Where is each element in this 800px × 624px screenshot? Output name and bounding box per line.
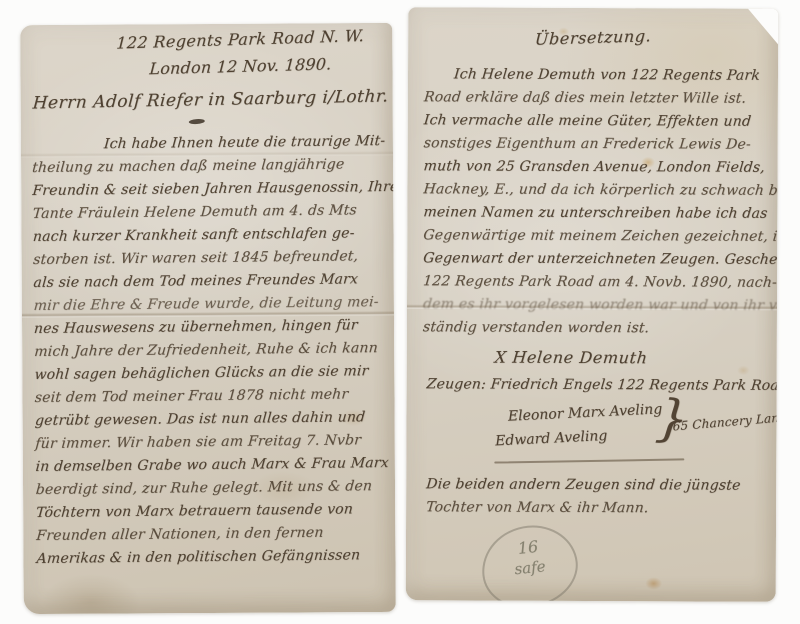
witness-line: Zeugen: Friedrich Engels 122 Regents Par… bbox=[426, 376, 778, 394]
signature-mark: X Helene Demuth bbox=[494, 348, 649, 368]
letter-page-right: Übersetzung. Ich Helene Demuth von 122 R… bbox=[406, 7, 779, 602]
address-line: 122 Regents Park Road N. W. bbox=[106, 26, 375, 53]
postscript: Die beiden andern Zeugen sind die jüngst… bbox=[426, 473, 756, 520]
handwritten-line: Die beiden andern Zeugen sind die jüngst… bbox=[425, 473, 757, 497]
ink-smudge bbox=[189, 118, 205, 124]
handwritten-line: Road erkläre daß dies mein letzter Wille… bbox=[423, 86, 777, 111]
handwritten-line: Hackney, E., und da ich körperlich zu sc… bbox=[422, 178, 776, 203]
handwritten-line: Gegenwart der unterzeichneten Zeugen. Ge… bbox=[422, 247, 776, 272]
pencil-annotation: 16 safe bbox=[478, 521, 582, 602]
handwritten-line: 122 Regents Park Road am 4. Novb. 1890, … bbox=[422, 270, 776, 295]
letter-photograph: 122 Regents Park Road N. W. London 12 No… bbox=[0, 0, 800, 624]
handwritten-line: meinen Namen zu unterschreiben habe ich … bbox=[422, 201, 776, 226]
will-translation-body: Ich Helene Demuth von 122 Regents ParkRo… bbox=[423, 63, 776, 341]
handwritten-line: muth von 25 Gransden Avenue, London Fiel… bbox=[423, 155, 777, 180]
date-line: London 12 Nov. 1890. bbox=[148, 54, 333, 78]
letter-page-left: 122 Regents Park Road N. W. London 12 No… bbox=[20, 23, 396, 614]
letter-body: Ich habe Ihnen heute die traurige Mit-th… bbox=[32, 130, 391, 571]
witness-names: Eleonor Marx Aveling Edward Aveling bbox=[507, 397, 664, 452]
handwritten-line: Tochter von Marx & ihr Mann. bbox=[425, 496, 757, 520]
handwritten-line: Gegenwärtige mit meinem Zeichen gezeichn… bbox=[422, 224, 776, 249]
salutation-line: Herrn Adolf Riefer in Saarburg i/Lothr. bbox=[32, 86, 389, 113]
handwritten-line: Amerikas & in den politischen Gefängniss… bbox=[36, 544, 392, 571]
handwritten-line: Ich vermache alle meine Güter, Effekten … bbox=[423, 109, 777, 134]
separator-line bbox=[494, 458, 684, 463]
handwritten-line: sonstiges Eigenthum an Frederick Lewis D… bbox=[423, 132, 777, 157]
handwritten-line: Ich Helene Demuth von 122 Regents Park bbox=[423, 63, 777, 88]
handwritten-line: ständig verstanden worden ist. bbox=[422, 316, 776, 341]
page-title: Übersetzung. bbox=[408, 22, 779, 52]
